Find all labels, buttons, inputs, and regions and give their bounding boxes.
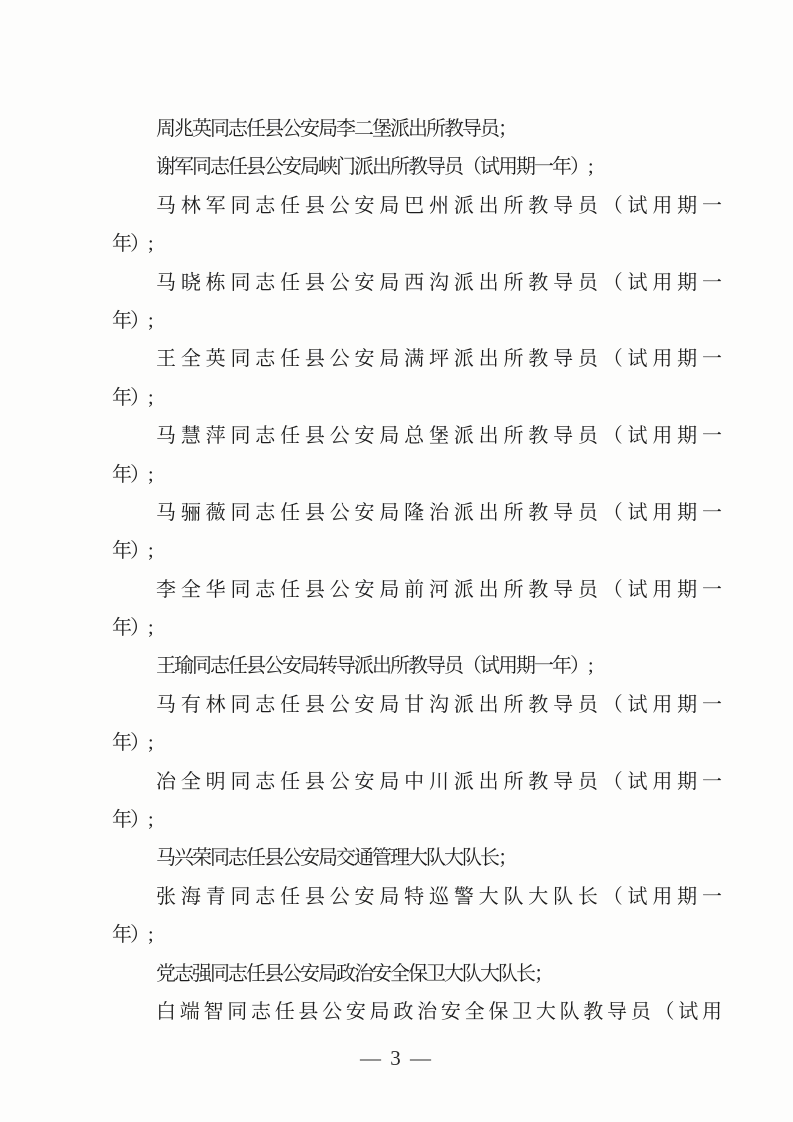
document-line: 李全华同志任县公安局前河派出所教导员（试用期一 [112, 571, 722, 609]
document-line: 党志强同志任县公安局政治安全保卫大队大队长； [112, 955, 722, 993]
document-page: 周兆英同志任县公安局李二堡派出所教导员；谢军同志任县公安局峡门派出所教导员（试用… [0, 0, 793, 1122]
document-line: 年）; [112, 801, 722, 839]
document-line: 马慧萍同志任县公安局总堡派出所教导员（试用期一 [112, 417, 722, 455]
document-line: 马林军同志任县公安局巴州派出所教导员（试用期一 [112, 187, 722, 225]
document-line: 马骊薇同志任县公安局隆治派出所教导员（试用期一 [112, 494, 722, 532]
document-line: 年）; [112, 532, 722, 570]
page-number: — 3 — [360, 1046, 433, 1070]
document-line: 年）; [112, 609, 722, 647]
document-line: 王瑜同志任县公安局转导派出所教导员（试用期一年）; [112, 647, 722, 685]
document-line: 年）; [112, 456, 722, 494]
body-text: 周兆英同志任县公安局李二堡派出所教导员；谢军同志任县公安局峡门派出所教导员（试用… [112, 110, 722, 1031]
document-line: 王全英同志任县公安局满坪派出所教导员（试用期一 [112, 340, 722, 378]
document-line: 马晓栋同志任县公安局西沟派出所教导员（试用期一 [112, 264, 722, 302]
document-line: 冶全明同志任县公安局中川派出所教导员（试用期一 [112, 763, 722, 801]
page-footer: — 3 — [0, 1045, 793, 1071]
document-line: 张海青同志任县公安局特巡警大队大队长（试用期一 [112, 878, 722, 916]
document-line: 周兆英同志任县公安局李二堡派出所教导员； [112, 110, 722, 148]
document-line: 年）; [112, 724, 722, 762]
document-line: 年）; [112, 379, 722, 417]
document-line: 年）; [112, 302, 722, 340]
document-line: 年）; [112, 916, 722, 954]
document-line: 年）; [112, 225, 722, 263]
document-line: 马兴荣同志任县公安局交通管理大队大队长； [112, 839, 722, 877]
document-line: 白端智同志任县公安局政治安全保卫大队教导员（试用 [112, 993, 722, 1031]
document-line: 马有林同志任县公安局甘沟派出所教导员（试用期一 [112, 686, 722, 724]
document-line: 谢军同志任县公安局峡门派出所教导员（试用期一年）; [112, 148, 722, 186]
